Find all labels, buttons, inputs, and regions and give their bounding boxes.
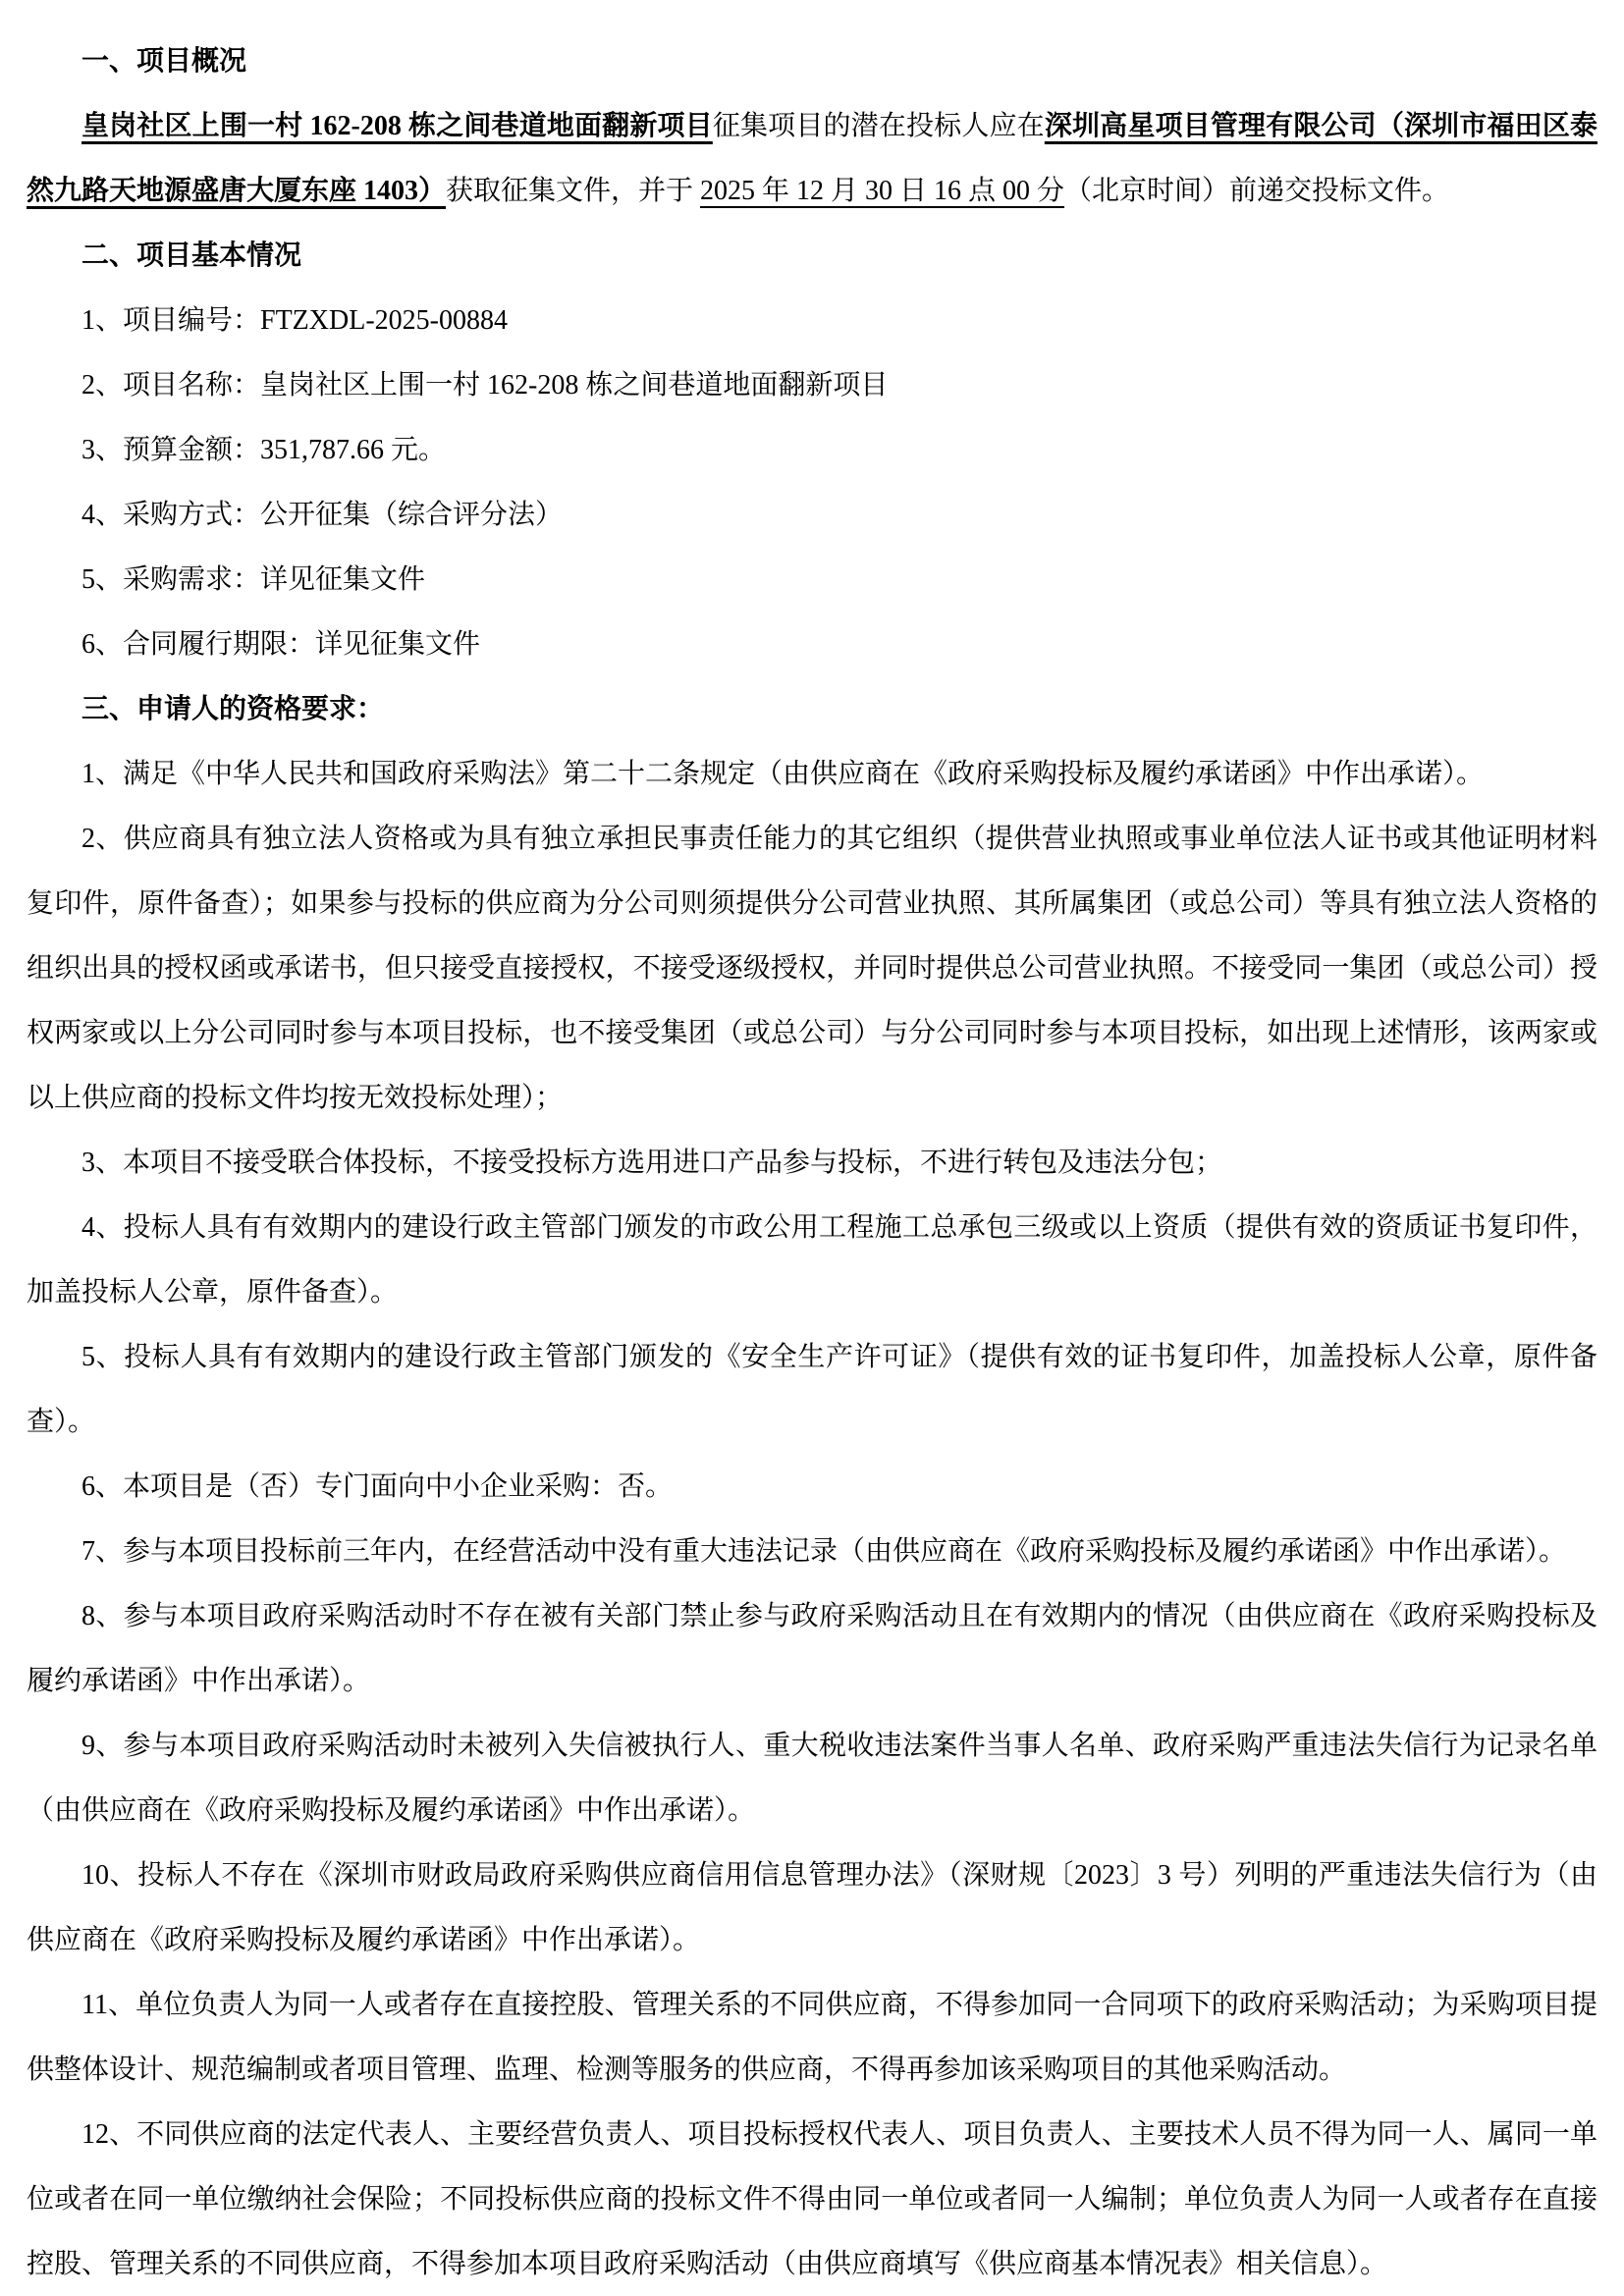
qual-item-8: 8、参与本项目政府采购活动时不存在被有关部门禁止参与政府采购活动且在有效期内的情… [27, 1584, 1597, 1714]
project-name-text: 皇岗社区上围一村 162-208 栋之间巷道地面翻新项目 [81, 111, 713, 141]
basic-item-1: 1、项目编号：FTZXDL-2025-00884 [27, 289, 1597, 353]
intro-text-2: 获取征集文件，并于 [446, 176, 700, 206]
qual-item-4: 4、投标人具有有效期内的建设行政主管部门颁发的市政公用工程施工总承包三级或以上资… [27, 1196, 1597, 1325]
basic-item-6: 6、合同履行期限：详见征集文件 [27, 613, 1597, 677]
qual-item-1: 1、满足《中华人民共和国政府采购法》第二十二条规定（由供应商在《政府采购投标及履… [27, 742, 1597, 807]
basic-item-4: 4、采购方式：公开征集（综合评分法） [27, 483, 1597, 548]
intro-paragraph: 皇岗社区上围一村 162-208 栋之间巷道地面翻新项目征集项目的潜在投标人应在… [27, 94, 1597, 224]
qual-item-3: 3、本项目不接受联合体投标，不接受投标方选用进口产品参与投标，不进行转包及违法分… [27, 1131, 1597, 1196]
qual-item-6: 6、本项目是（否）专门面向中小企业采购：否。 [27, 1455, 1597, 1520]
intro-text-3: （北京时间）前递交投标文件。 [1064, 176, 1449, 206]
deadline-text: 2025 年 12 月 30 日 16 点 00 分 [700, 176, 1064, 206]
qual-item-7: 7、参与本项目投标前三年内，在经营活动中没有重大违法记录（由供应商在《政府采购投… [27, 1520, 1597, 1584]
document-page: 一、项目概况 皇岗社区上围一村 162-208 栋之间巷道地面翻新项目征集项目的… [0, 0, 1624, 2296]
basic-item-3: 3、预算金额：351,787.66 元。 [27, 418, 1597, 483]
qual-item-5: 5、投标人具有有效期内的建设行政主管部门颁发的《安全生产许可证》（提供有效的证书… [27, 1325, 1597, 1455]
basic-item-5: 5、采购需求：详见征集文件 [27, 548, 1597, 613]
qual-item-10: 10、投标人不存在《深圳市财政局政府采购供应商信用信息管理办法》（深财规〔202… [27, 1843, 1597, 1973]
qual-item-2: 2、供应商具有独立法人资格或为具有独立承担民事责任能力的其它组织（提供营业执照或… [27, 807, 1597, 1131]
qual-item-11: 11、单位负责人为同一人或者存在直接控股、管理关系的不同供应商，不得参加同一合同… [27, 1973, 1597, 2103]
section-3-heading: 三、申请人的资格要求： [27, 677, 1597, 742]
section-2-heading: 二、项目基本情况 [27, 224, 1597, 289]
qual-item-9: 9、参与本项目政府采购活动时未被列入失信被执行人、重大税收违法案件当事人名单、政… [27, 1714, 1597, 1843]
intro-text-1: 征集项目的潜在投标人应在 [713, 111, 1045, 141]
basic-item-2: 2、项目名称：皇岗社区上围一村 162-208 栋之间巷道地面翻新项目 [27, 353, 1597, 418]
qual-item-12: 12、不同供应商的法定代表人、主要经营负责人、项目投标授权代表人、项目负责人、主… [27, 2103, 1597, 2296]
section-1-heading: 一、项目概况 [27, 29, 1597, 94]
